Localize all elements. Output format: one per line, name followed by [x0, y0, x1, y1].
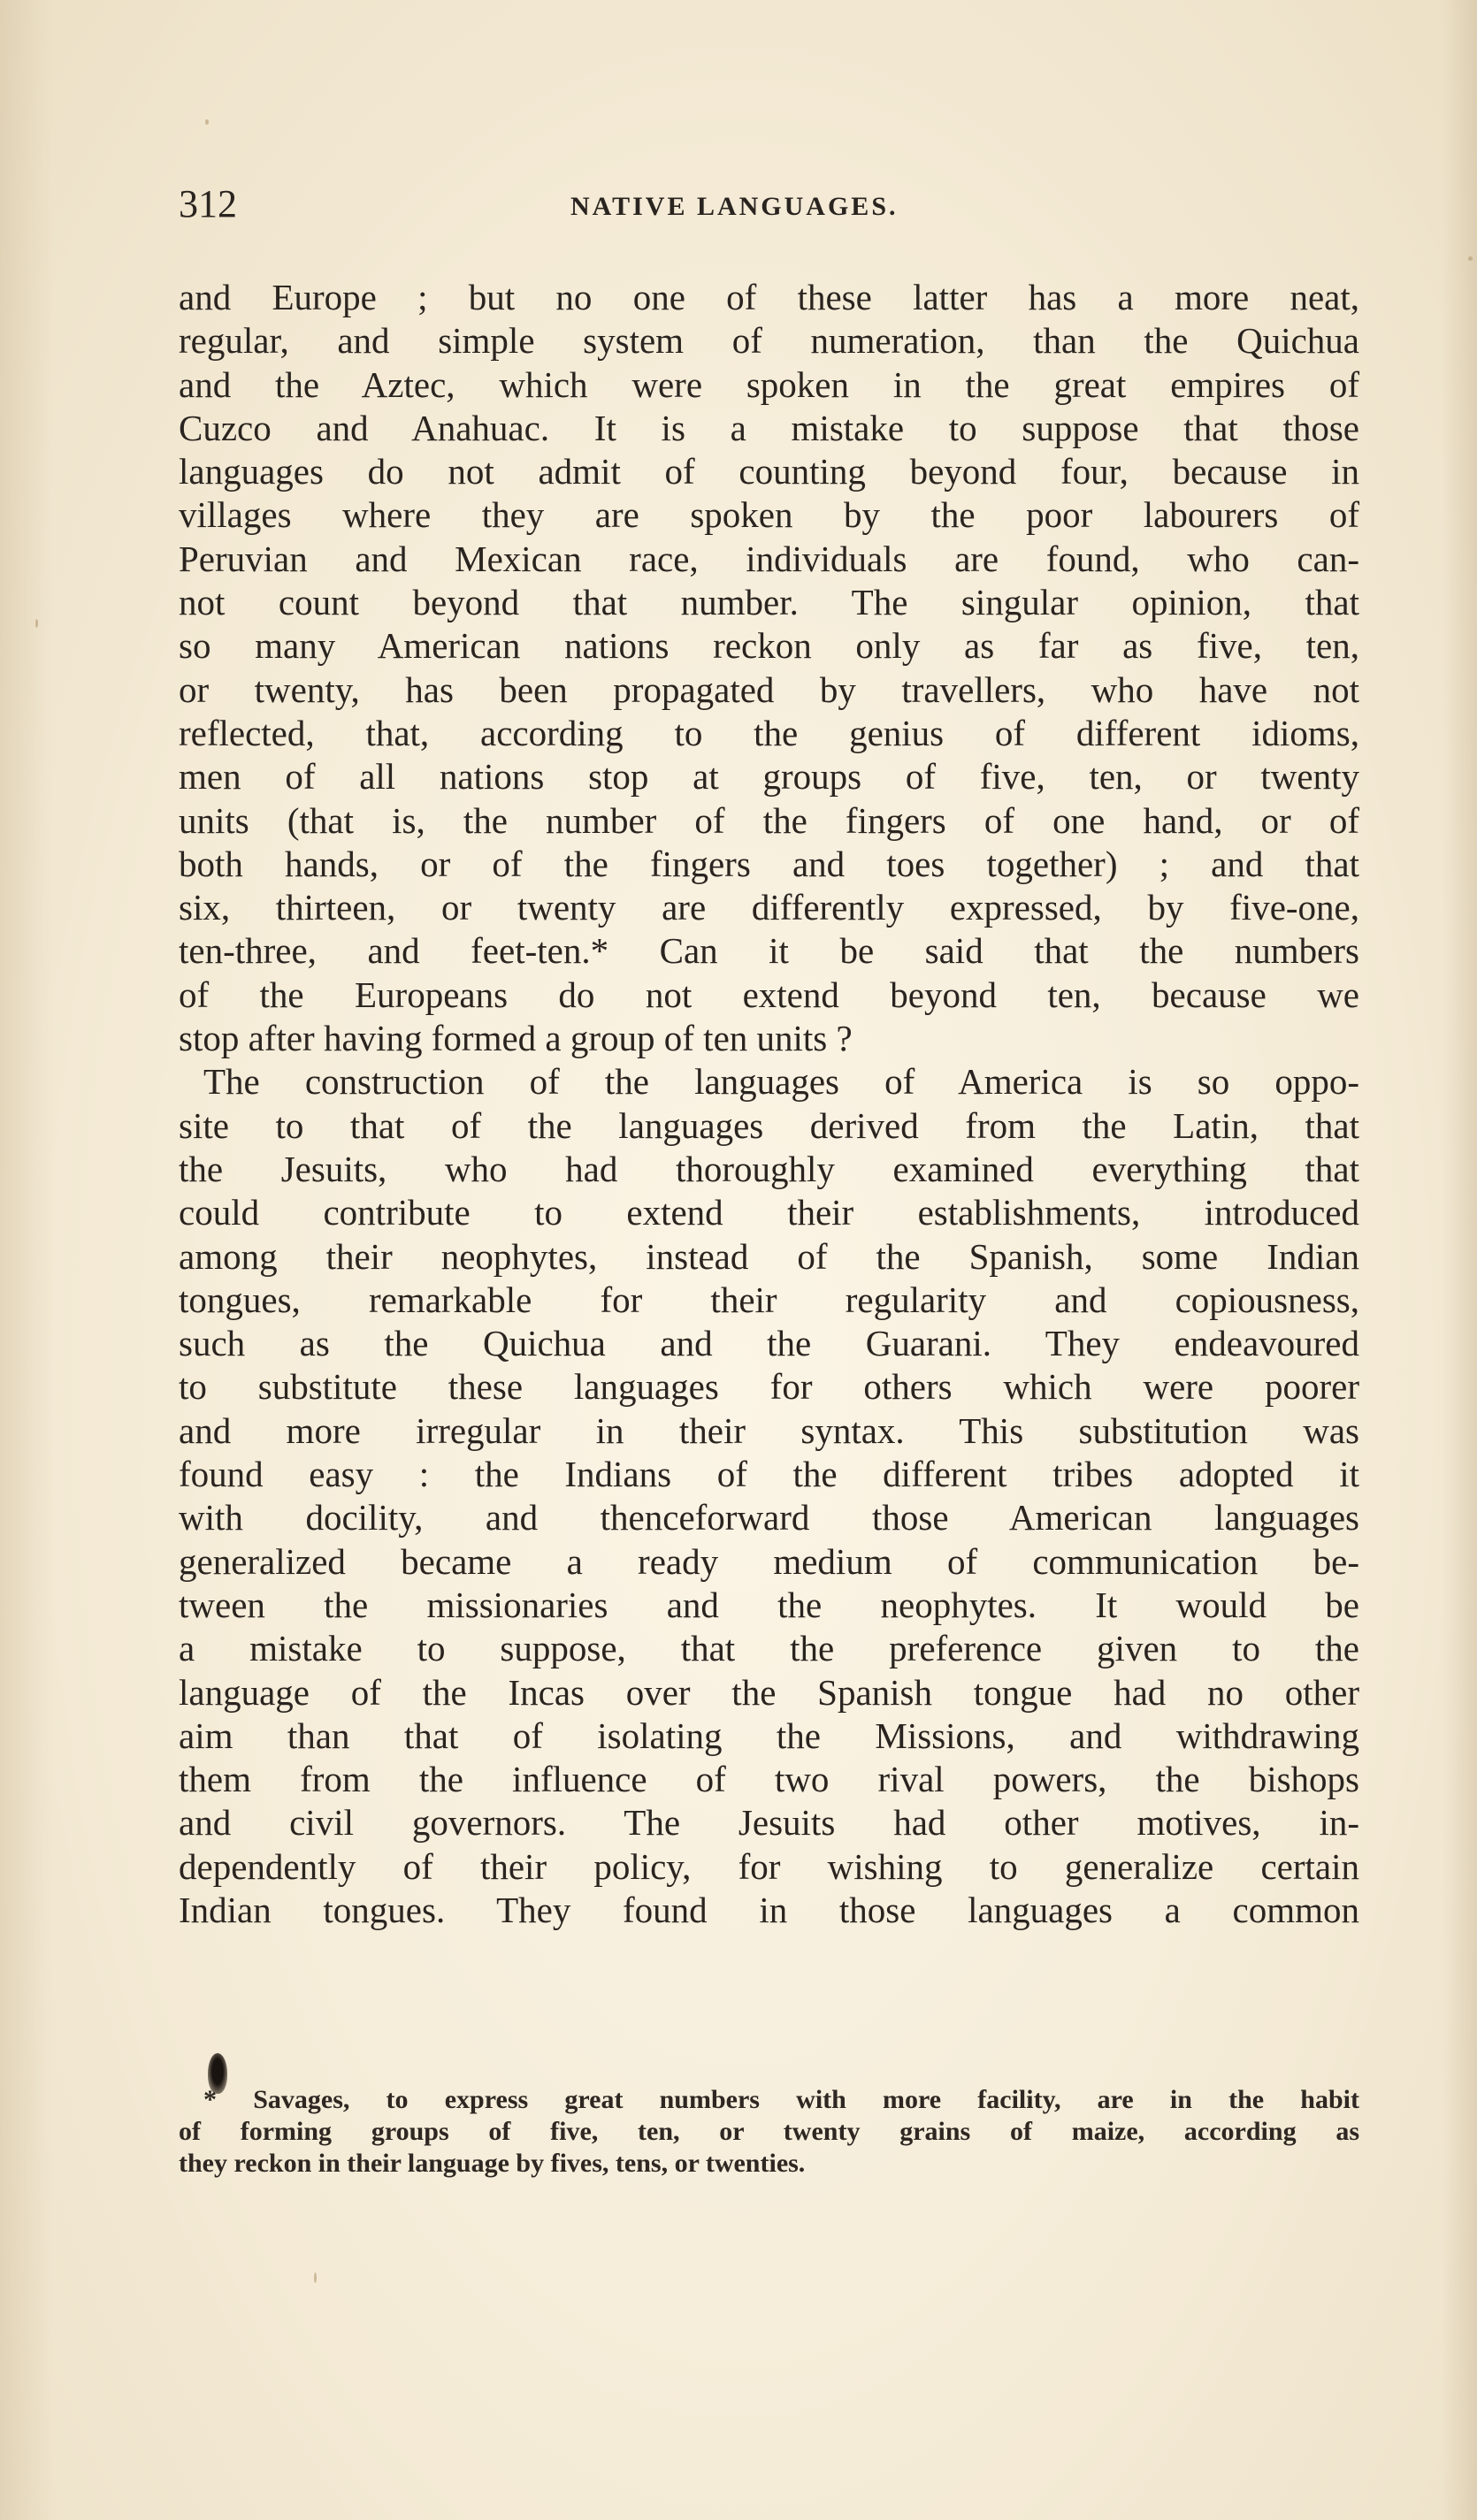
- text-line: among their neophytes, instead of the Sp…: [179, 1235, 1359, 1279]
- text-line: could contribute to extend their establi…: [179, 1191, 1359, 1234]
- footnote: * Savages, to express great numbers with…: [179, 2084, 1359, 2180]
- footnote-line: * Savages, to express great numbers with…: [179, 2084, 1359, 2116]
- text-line: language of the Incas over the Spanish t…: [179, 1671, 1359, 1714]
- text-line: languages do not admit of counting beyon…: [179, 450, 1359, 493]
- text-line: six, thirteen, or twenty are differently…: [179, 886, 1359, 929]
- text-line: regular, and simple system of numeration…: [179, 319, 1359, 363]
- text-line: both hands, or of the fingers and toes t…: [179, 843, 1359, 886]
- text-line: Cuzco and Anahuac. It is a mistake to su…: [179, 407, 1359, 450]
- text-line: or twenty, has been propagated by travel…: [179, 668, 1359, 712]
- text-line: with docility, and thenceforward those A…: [179, 1496, 1359, 1539]
- footnote-line: of forming groups of five, ten, or twent…: [179, 2116, 1359, 2148]
- text-line: the Jesuits, who had thoroughly examined…: [179, 1148, 1359, 1191]
- text-line: such as the Quichua and the Guarani. The…: [179, 1322, 1359, 1365]
- text-line: and civil governors. The Jesuits had oth…: [179, 1801, 1359, 1844]
- text-line: tongues, remarkable for their regularity…: [179, 1279, 1359, 1322]
- text-line: men of all nations stop at groups of fiv…: [179, 755, 1359, 798]
- text-line: Indian tongues. They found in those lang…: [179, 1889, 1359, 1932]
- text-line: so many American nations reckon only as …: [179, 624, 1359, 668]
- footnote-line: they reckon in their language by fives, …: [179, 2148, 1359, 2180]
- text-line: Peruvian and Mexican race, individuals a…: [179, 538, 1359, 581]
- body-text: and Europe ; but no one of these latter …: [179, 276, 1359, 1932]
- text-line: reflected, that, according to the genius…: [179, 712, 1359, 755]
- text-line: and more irregular in their syntax. This…: [179, 1409, 1359, 1453]
- text-line: of the Europeans do not extend beyond te…: [179, 974, 1359, 1017]
- text-line: and the Aztec, which were spoken in the …: [179, 363, 1359, 407]
- page-edge-shadow-right: [1442, 0, 1477, 2520]
- text-line: site to that of the languages derived fr…: [179, 1104, 1359, 1148]
- text-line: dependently of their policy, for wishing…: [179, 1845, 1359, 1889]
- text-line-paragraph-end: stop after having formed a group of ten …: [179, 1017, 1359, 1060]
- running-head: 312 NATIVE LANGUAGES.: [179, 182, 1359, 226]
- text-line: tween the missionaries and the neophytes…: [179, 1584, 1359, 1627]
- paper-speck: [205, 119, 209, 125]
- text-line: them from the influence of two rival pow…: [179, 1758, 1359, 1801]
- running-title: NATIVE LANGUAGES.: [570, 187, 899, 226]
- text-line: aim than that of isolating the Missions,…: [179, 1714, 1359, 1758]
- text-line: generalized became a ready medium of com…: [179, 1540, 1359, 1584]
- text-line: found easy : the Indians of the differen…: [179, 1453, 1359, 1496]
- text-line: units (that is, the number of the finger…: [179, 799, 1359, 843]
- page-edge-shadow-left: [0, 0, 53, 2520]
- page-number: 312: [179, 182, 237, 226]
- paper-speck: [35, 619, 38, 628]
- text-line: to substitute these languages for others…: [179, 1365, 1359, 1409]
- text-line: villages where they are spoken by the po…: [179, 493, 1359, 537]
- text-line-paragraph-start: The construction of the languages of Ame…: [179, 1060, 1359, 1103]
- paper-speck: [314, 2272, 317, 2283]
- text-line: ten-three, and feet-ten.* Can it be said…: [179, 929, 1359, 973]
- text-line: not count beyond that number. The singul…: [179, 581, 1359, 624]
- text-line: and Europe ; but no one of these latter …: [179, 276, 1359, 319]
- text-line: a mistake to suppose, that the preferenc…: [179, 1627, 1359, 1670]
- paper-speck: [1468, 256, 1473, 261]
